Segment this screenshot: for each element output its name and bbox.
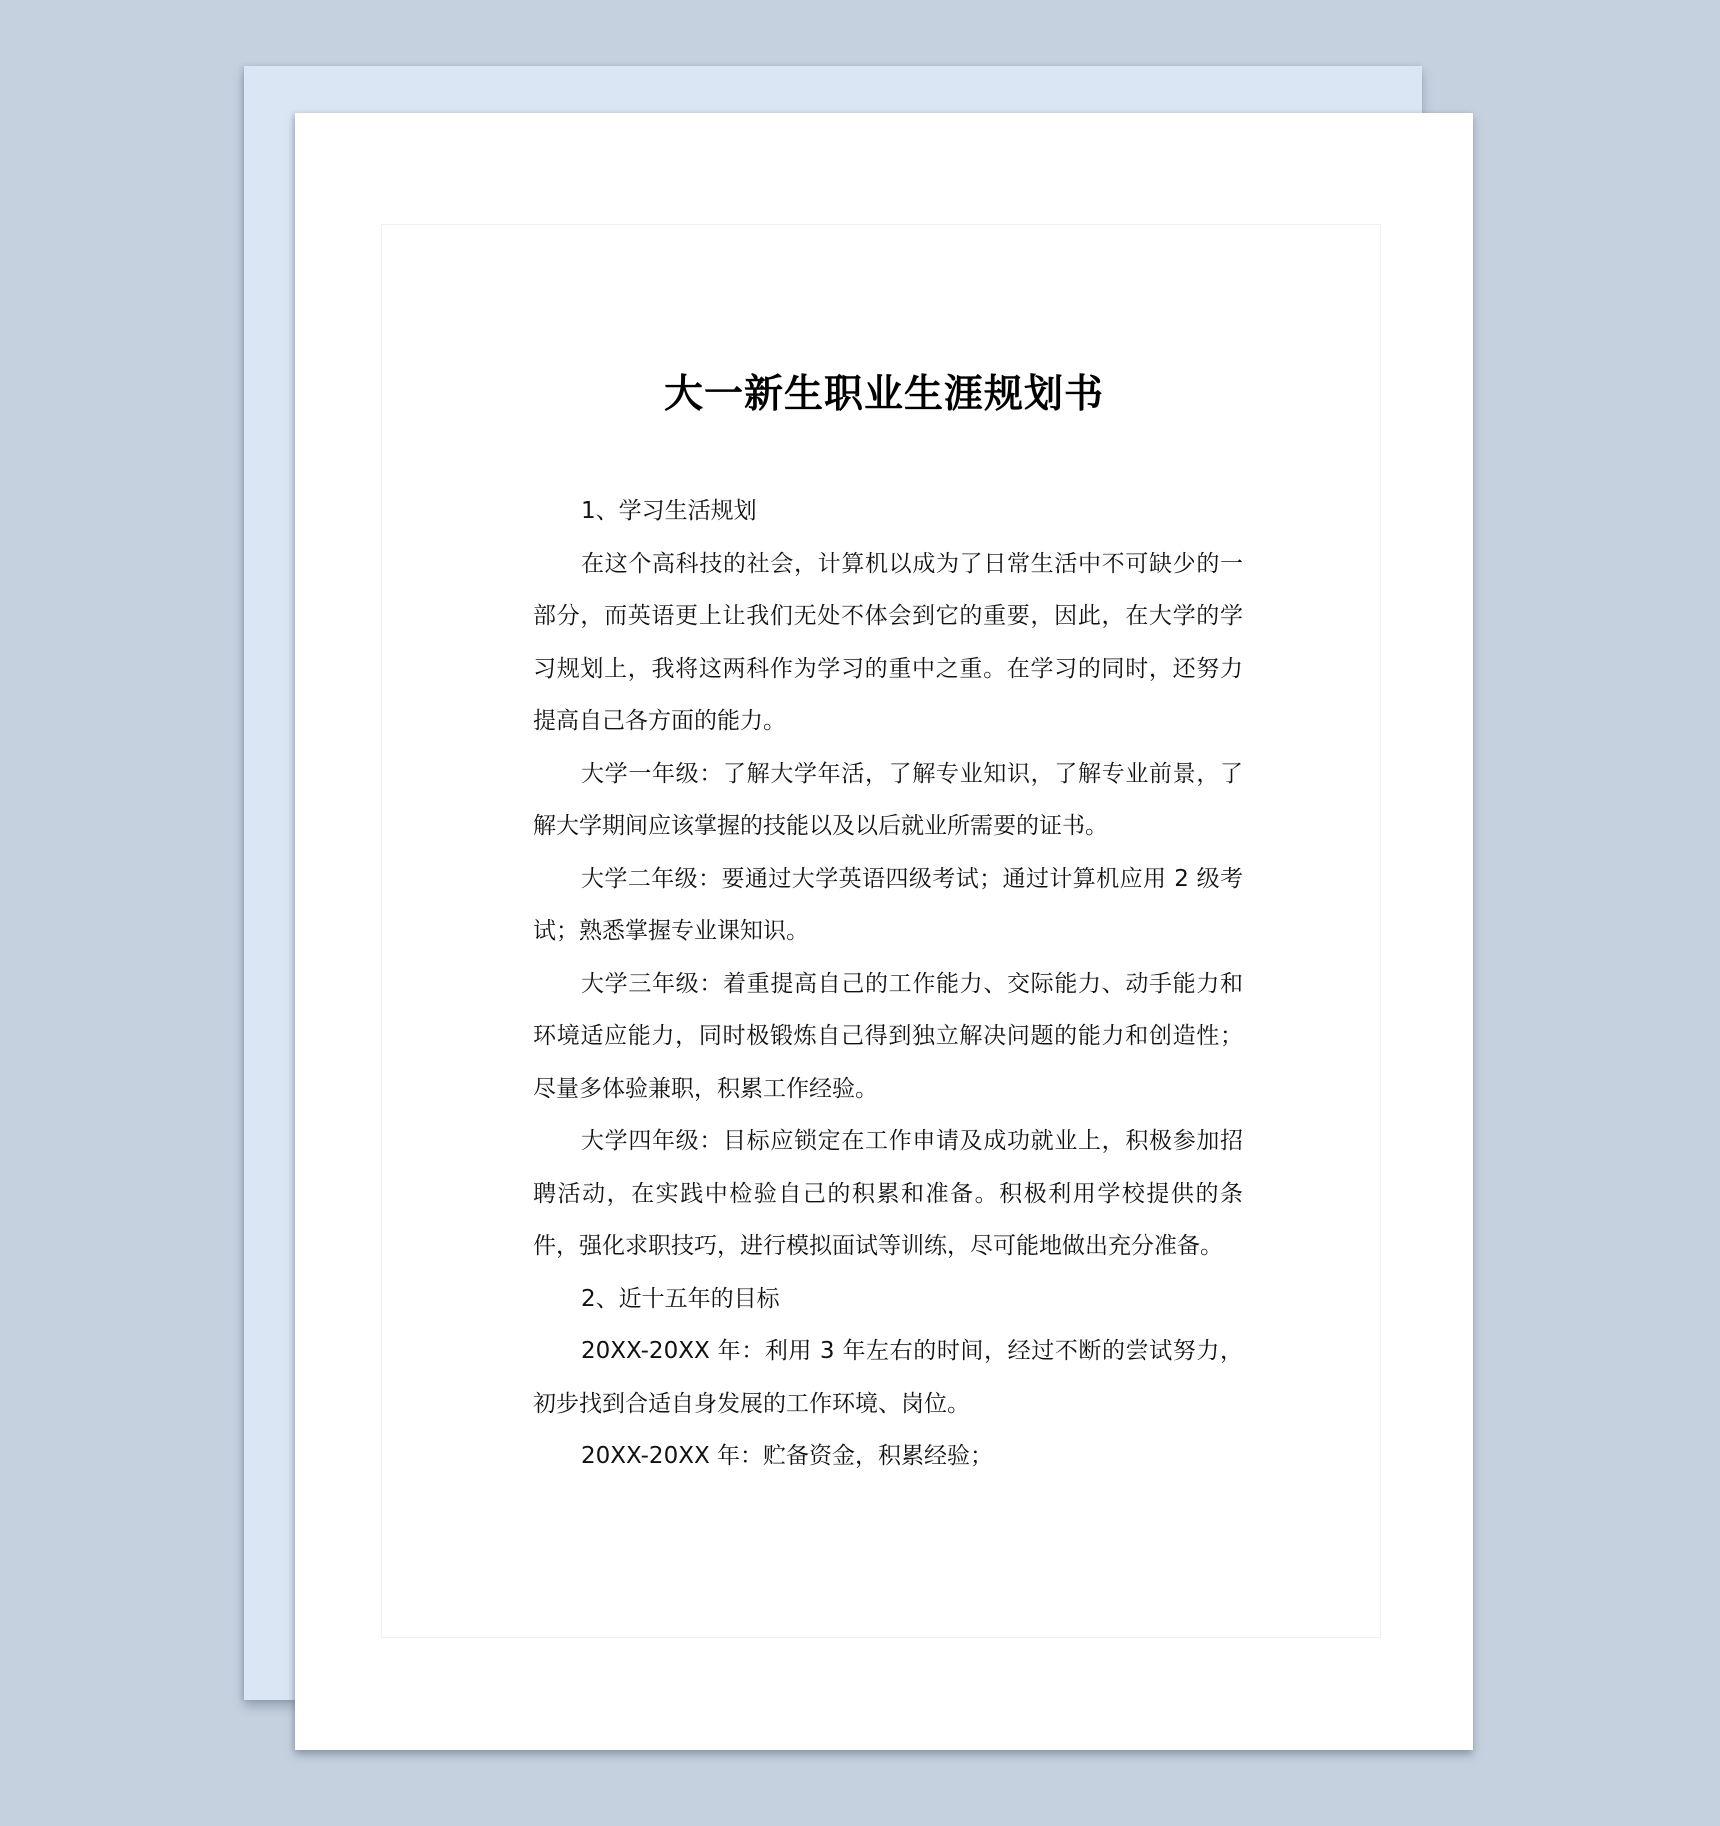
document-title: 大一新生职业生涯规划书 [295, 363, 1473, 419]
paragraph-goal-2: 20XX-20XX 年：贮备资金，积累经验； [533, 1430, 1243, 1483]
paragraph-year-3: 大学三年级：着重提高自己的工作能力、交际能力、动手能力和环境适应能力，同时极锻炼… [533, 958, 1243, 1116]
document-page: 大一新生职业生涯规划书 1、学习生活规划 在这个高科技的社会，计算机以成为了日常… [295, 113, 1473, 1750]
section-heading-1: 1、学习生活规划 [533, 485, 1243, 538]
document-body: 1、学习生活规划 在这个高科技的社会，计算机以成为了日常生活中不可缺少的一部分，… [533, 485, 1243, 1483]
paragraph-year-2: 大学二年级：要通过大学英语四级考试；通过计算机应用 2 级考试；熟悉掌握专业课知… [533, 853, 1243, 958]
paragraph-goal-1: 20XX-20XX 年：利用 3 年左右的时间，经过不断的尝试努力，初步找到合适… [533, 1325, 1243, 1430]
paragraph-year-4: 大学四年级：目标应锁定在工作申请及成功就业上，积极参加招聘活动，在实践中检验自己… [533, 1115, 1243, 1273]
paragraph-year-1: 大学一年级：了解大学年活，了解专业知识，了解专业前景，了解大学期间应该掌握的技能… [533, 748, 1243, 853]
paragraph-intro: 在这个高科技的社会，计算机以成为了日常生活中不可缺少的一部分，而英语更上让我们无… [533, 538, 1243, 748]
section-heading-2: 2、近十五年的目标 [533, 1273, 1243, 1326]
